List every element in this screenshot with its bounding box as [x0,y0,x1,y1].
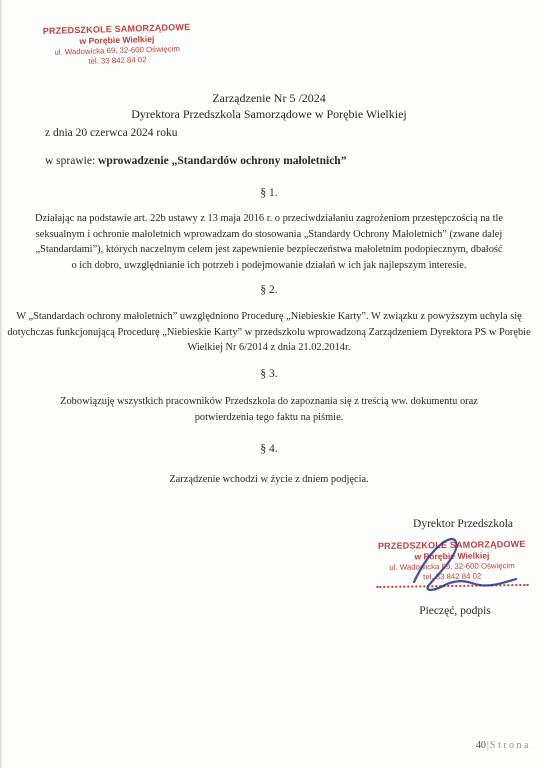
section-1-marker: § 1. [0,187,538,199]
section-2-marker: § 2. [0,284,538,296]
signature-caption: Pieczęć, podpis [395,605,515,617]
page-number: 40 [476,740,486,751]
text-line: „Standardami”), których naczelnym celem … [0,242,538,258]
title-line-2: Dyrektora Przedszkola Samorządowe w Porę… [0,106,538,122]
subject-line: w sprawie: wprowadzenie „Standardów ochr… [45,155,346,167]
text-line: Zarządzenie wchodzi w życie z dniem podj… [0,472,538,488]
school-stamp-signature: PRZEDSZKOLE SAMORZĄDOWE w Porębie Wielki… [376,539,529,589]
text-line: potwierdzenia tego faktu na piśmie. [0,410,538,426]
title-line-1: Zarządzenie Nr 5 /2024 [0,90,538,106]
signatory-role: Dyrektor Przedszkola [0,518,538,530]
text-line: o ich dobro, uwzględnianie ich potrzeb i… [0,258,538,274]
text-line: Zobowiązuję wszystkich pracowników Przed… [0,394,538,410]
footer-separator: | [487,740,489,751]
text-line: seksualnym i ochronie małoletnich wprowa… [0,227,538,243]
document-title: Zarządzenie Nr 5 /2024 Dyrektora Przedsz… [0,90,538,122]
date-line: z dnia 20 czerwca 2024 roku [45,127,178,139]
subject-prefix: w sprawie: [45,155,98,167]
section-4-text: Zarządzenie wchodzi w życie z dniem podj… [0,472,538,488]
text-line: W „Standardach ochrony małoletnich” uwzg… [0,309,538,325]
section-4-marker: § 4. [0,443,538,455]
section-3-text: Zobowiązuję wszystkich pracowników Przed… [0,394,538,425]
section-1-text: Działając na podstawie art. 22b ustawy z… [0,211,538,273]
subject-bold-text: wprowadzenie „Standardów ochrony małolet… [98,155,346,167]
text-line: Wielkiej Nr 6/2014 z dnia 21.02.2014r. [0,340,538,356]
footer-label: Strona [490,740,531,751]
school-stamp-header: PRZEDSZKOLE SAMORZĄDOWE w Porębie Wielki… [33,22,200,68]
section-3-marker: § 3. [0,368,538,380]
text-line: Działając na podstawie art. 22b ustawy z… [0,211,538,227]
page-footer: 40|Strona [476,740,531,751]
stamp-dotted-line [376,583,528,588]
section-2-text: W „Standardach ochrony małoletnich” uwzg… [0,309,538,356]
scanned-document-page: PRZEDSZKOLE SAMORZĄDOWE w Porębie Wielki… [0,0,538,768]
text-line: dotychczas funkcjonującą Procedurę „Nieb… [0,325,538,341]
